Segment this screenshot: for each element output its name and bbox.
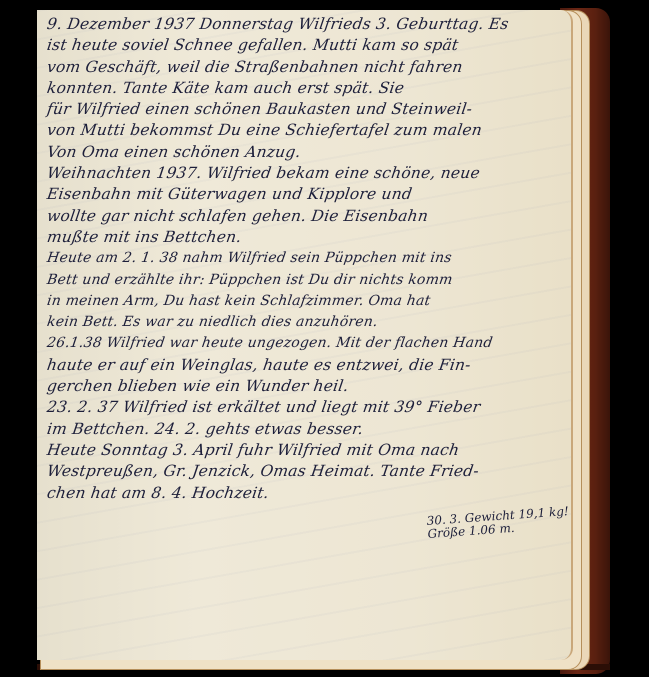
text-line: für Wilfried einen schönen Baukasten und…	[46, 99, 564, 120]
text-line: haute er auf ein Weinglas, haute es entz…	[46, 355, 564, 376]
handwritten-text: 9. Dezember 1937 Donnerstag Wilfrieds 3.…	[47, 14, 562, 504]
text-line: Von Oma einen schönen Anzug.	[46, 142, 564, 163]
text-line: Eisenbahn mit Güterwagen und Kipplore un…	[46, 184, 564, 205]
text-line: chen hat am 8. 4. Hochzeit.	[46, 483, 564, 504]
text-line: Westpreußen, Gr. Jenzick, Omas Heimat. T…	[46, 461, 564, 482]
text-line: im Bettchen. 24. 2. gehts etwas besser.	[46, 419, 564, 440]
text-line: ist heute soviel Schnee gefallen. Mutti …	[46, 35, 564, 56]
text-line: konnten. Tante Käte kam auch erst spät. …	[46, 78, 564, 99]
text-line: 9. Dezember 1937 Donnerstag Wilfrieds 3.…	[46, 14, 564, 35]
text-line: Bett und erzählte ihr: Püppchen ist Du d…	[46, 270, 564, 291]
diary-page: 9. Dezember 1937 Donnerstag Wilfrieds 3.…	[37, 10, 573, 660]
text-line: in meinen Arm, Du hast kein Schlafzimmer…	[46, 291, 564, 312]
text-line: von Mutti bekommst Du eine Schiefertafel…	[46, 120, 564, 141]
text-line: 23. 2. 37 Wilfried ist erkältet und lieg…	[46, 397, 564, 418]
text-line: vom Geschäft, weil die Straßenbahnen nic…	[46, 57, 564, 78]
text-line: Heute am 2. 1. 38 nahm Wilfried sein Püp…	[46, 248, 564, 269]
text-line: mußte mit ins Bettchen.	[46, 227, 564, 248]
text-line: kein Bett. Es war zu niedlich dies anzuh…	[46, 312, 564, 333]
text-line: Weihnachten 1937. Wilfried bekam eine sc…	[46, 163, 564, 184]
text-line: Heute Sonntag 3. April fuhr Wilfried mit…	[46, 440, 564, 461]
text-line: 26.1.38 Wilfried war heute ungezogen. Mi…	[46, 333, 564, 354]
text-line: wollte gar nicht schlafen gehen. Die Eis…	[46, 206, 564, 227]
text-line: gerchen blieben wie ein Wunder heil.	[46, 376, 564, 397]
